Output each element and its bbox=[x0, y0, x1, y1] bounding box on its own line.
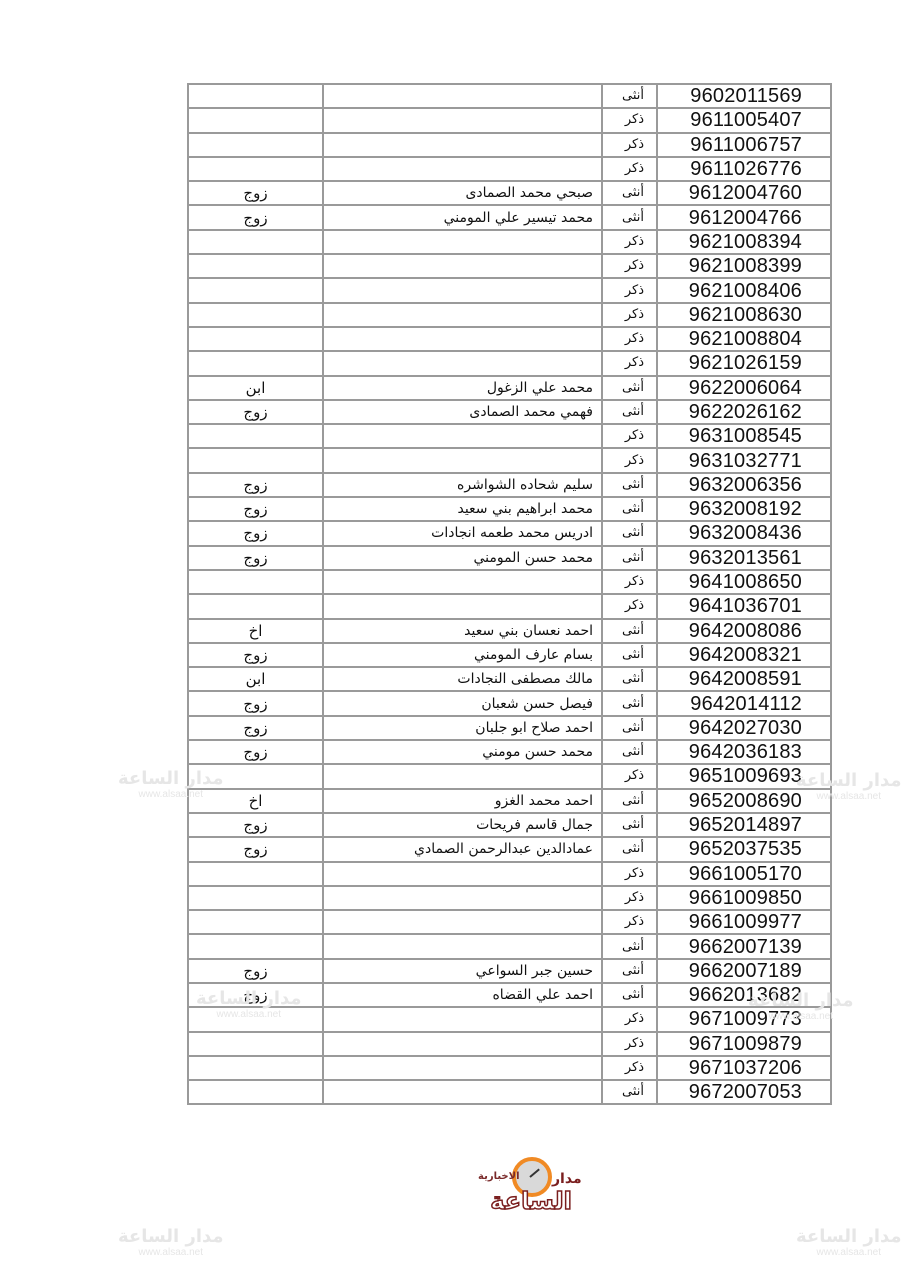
gender-cell: ذكر bbox=[602, 108, 657, 132]
table-row: ذكر9661009977 bbox=[188, 910, 831, 934]
name-cell: حسين جبر السواعي bbox=[323, 959, 602, 983]
table-row: ذكر9641036701 bbox=[188, 594, 831, 618]
gender-cell: ذكر bbox=[602, 133, 657, 157]
gender-cell: ذكر bbox=[602, 862, 657, 886]
table-row: ذكر9611005407 bbox=[188, 108, 831, 132]
id-number-cell: 9621008804 bbox=[657, 327, 831, 351]
relation-cell: زوج bbox=[188, 473, 323, 497]
name-cell: احمد علي القضاه bbox=[323, 983, 602, 1007]
name-cell: مالك مصطفى النجادات bbox=[323, 667, 602, 691]
table-row: زوجفيصل حسن شعبانأنثى9642014112 bbox=[188, 691, 831, 715]
gender-cell: ذكر bbox=[602, 594, 657, 618]
id-number-cell: 9661009977 bbox=[657, 910, 831, 934]
gender-cell: أنثى bbox=[602, 521, 657, 545]
table-row: ذكر9621008399 bbox=[188, 254, 831, 278]
table-row: اخاحمد محمد الغزوأنثى9652008690 bbox=[188, 789, 831, 813]
relation-cell bbox=[188, 594, 323, 618]
relation-cell bbox=[188, 1007, 323, 1031]
id-number-cell: 9621008630 bbox=[657, 303, 831, 327]
relation-cell bbox=[188, 448, 323, 472]
gender-cell: أنثى bbox=[602, 84, 657, 108]
id-number-cell: 9611005407 bbox=[657, 108, 831, 132]
table-row: زوجمحمد تيسير علي المومنيأنثى9612004766 bbox=[188, 205, 831, 229]
table-row: ذكر9651009693 bbox=[188, 764, 831, 788]
gender-cell: أنثى bbox=[602, 691, 657, 715]
table-row: أنثى9602011569 bbox=[188, 84, 831, 108]
relation-cell: زوج bbox=[188, 643, 323, 667]
relation-cell bbox=[188, 910, 323, 934]
name-cell: فيصل حسن شعبان bbox=[323, 691, 602, 715]
relation-cell: زوج bbox=[188, 521, 323, 545]
roster-body: أنثى9602011569ذكر9611005407ذكر9611006757… bbox=[188, 84, 831, 1104]
name-cell bbox=[323, 764, 602, 788]
id-number-cell: 9642008591 bbox=[657, 667, 831, 691]
relation-cell: زوج bbox=[188, 983, 323, 1007]
name-cell bbox=[323, 133, 602, 157]
name-cell: سليم شحاده الشواشره bbox=[323, 473, 602, 497]
id-number-cell: 9662007139 bbox=[657, 934, 831, 958]
name-cell bbox=[323, 910, 602, 934]
id-number-cell: 9652037535 bbox=[657, 837, 831, 861]
relation-cell bbox=[188, 327, 323, 351]
name-cell: عمادالدين عبدالرحمن الصمادي bbox=[323, 837, 602, 861]
id-number-cell: 9632006356 bbox=[657, 473, 831, 497]
table-row: ذكر9631032771 bbox=[188, 448, 831, 472]
gender-cell: ذكر bbox=[602, 327, 657, 351]
id-number-cell: 9642027030 bbox=[657, 716, 831, 740]
table-row: ذكر9671009773 bbox=[188, 1007, 831, 1031]
id-number-cell: 9631032771 bbox=[657, 448, 831, 472]
watermark-right-bottom: مدار الساعة www.alsaa.net bbox=[796, 1228, 902, 1258]
relation-cell: زوج bbox=[188, 205, 323, 229]
id-number-cell: 9621008394 bbox=[657, 230, 831, 254]
name-cell: جمال قاسم فريحات bbox=[323, 813, 602, 837]
gender-cell: أنثى bbox=[602, 959, 657, 983]
id-number-cell: 9662013682 bbox=[657, 983, 831, 1007]
id-number-cell: 9611026776 bbox=[657, 157, 831, 181]
gender-cell: أنثى bbox=[602, 740, 657, 764]
name-cell bbox=[323, 157, 602, 181]
id-number-cell: 9672007053 bbox=[657, 1080, 831, 1104]
table-row: زوجاحمد صلاح ابو جلبانأنثى9642027030 bbox=[188, 716, 831, 740]
id-number-cell: 9642014112 bbox=[657, 691, 831, 715]
name-cell: احمد محمد الغزو bbox=[323, 789, 602, 813]
name-cell bbox=[323, 862, 602, 886]
relation-cell: اخ bbox=[188, 619, 323, 643]
gender-cell: أنثى bbox=[602, 813, 657, 837]
gender-cell: ذكر bbox=[602, 254, 657, 278]
id-number-cell: 9662007189 bbox=[657, 959, 831, 983]
name-cell bbox=[323, 448, 602, 472]
relation-cell: زوج bbox=[188, 546, 323, 570]
table-row: ذكر9621008630 bbox=[188, 303, 831, 327]
id-number-cell: 9612004760 bbox=[657, 181, 831, 205]
name-cell bbox=[323, 278, 602, 302]
relation-cell bbox=[188, 230, 323, 254]
id-number-cell: 9642008321 bbox=[657, 643, 831, 667]
relation-cell bbox=[188, 1032, 323, 1056]
id-number-cell: 9622006064 bbox=[657, 376, 831, 400]
table-row: ذكر9671009879 bbox=[188, 1032, 831, 1056]
gender-cell: ذكر bbox=[602, 910, 657, 934]
name-cell bbox=[323, 1007, 602, 1031]
name-cell: محمد حسن مومني bbox=[323, 740, 602, 764]
id-number-cell: 9632008436 bbox=[657, 521, 831, 545]
name-cell: صبحي محمد الصمادى bbox=[323, 181, 602, 205]
table-row: ذكر9611026776 bbox=[188, 157, 831, 181]
name-cell: محمد حسن المومني bbox=[323, 546, 602, 570]
table-row: زوجعمادالدين عبدالرحمن الصماديأنثى965203… bbox=[188, 837, 831, 861]
relation-cell: زوج bbox=[188, 181, 323, 205]
gender-cell: ذكر bbox=[602, 1056, 657, 1080]
relation-cell bbox=[188, 351, 323, 375]
id-number-cell: 9622026162 bbox=[657, 400, 831, 424]
name-cell bbox=[323, 1056, 602, 1080]
gender-cell: أنثى bbox=[602, 400, 657, 424]
gender-cell: أنثى bbox=[602, 205, 657, 229]
gender-cell: ذكر bbox=[602, 230, 657, 254]
table-row: ذكر9621008804 bbox=[188, 327, 831, 351]
table-row: زوجمحمد ابراهيم بني سعيدأنثى9632008192 bbox=[188, 497, 831, 521]
name-cell: احمد صلاح ابو جلبان bbox=[323, 716, 602, 740]
watermark-left-bottom: مدار الساعة www.alsaa.net bbox=[118, 1228, 224, 1258]
table-row: ابنمحمد علي الزغولأنثى9622006064 bbox=[188, 376, 831, 400]
name-cell: محمد تيسير علي المومني bbox=[323, 205, 602, 229]
id-number-cell: 9641036701 bbox=[657, 594, 831, 618]
id-number-cell: 9671009773 bbox=[657, 1007, 831, 1031]
gender-cell: أنثى bbox=[602, 837, 657, 861]
relation-cell: ابن bbox=[188, 376, 323, 400]
name-cell: فهمي محمد الصمادى bbox=[323, 400, 602, 424]
relation-cell bbox=[188, 133, 323, 157]
table-row: زوججمال قاسم فريحاتأنثى9652014897 bbox=[188, 813, 831, 837]
relation-cell bbox=[188, 84, 323, 108]
relation-cell: اخ bbox=[188, 789, 323, 813]
relation-cell bbox=[188, 424, 323, 448]
name-cell: محمد ابراهيم بني سعيد bbox=[323, 497, 602, 521]
id-number-cell: 9642008086 bbox=[657, 619, 831, 643]
table-row: زوجحسين جبر السواعيأنثى9662007189 bbox=[188, 959, 831, 983]
table-row: زوجاحمد علي القضاهأنثى9662013682 bbox=[188, 983, 831, 1007]
name-cell bbox=[323, 303, 602, 327]
id-number-cell: 9671037206 bbox=[657, 1056, 831, 1080]
gender-cell: ذكر bbox=[602, 303, 657, 327]
name-cell bbox=[323, 424, 602, 448]
document-page: أنثى9602011569ذكر9611005407ذكر9611006757… bbox=[0, 0, 904, 1280]
name-cell: محمد علي الزغول bbox=[323, 376, 602, 400]
gender-cell: ذكر bbox=[602, 157, 657, 181]
relation-cell: زوج bbox=[188, 959, 323, 983]
name-cell bbox=[323, 254, 602, 278]
gender-cell: أنثى bbox=[602, 376, 657, 400]
relation-cell bbox=[188, 934, 323, 958]
table-row: زوجفهمي محمد الصمادىأنثى9622026162 bbox=[188, 400, 831, 424]
relation-cell bbox=[188, 157, 323, 181]
relation-cell: ابن bbox=[188, 667, 323, 691]
gender-cell: أنثى bbox=[602, 983, 657, 1007]
id-number-cell: 9661009850 bbox=[657, 886, 831, 910]
relation-cell: زوج bbox=[188, 400, 323, 424]
gender-cell: أنثى bbox=[602, 667, 657, 691]
id-number-cell: 9621026159 bbox=[657, 351, 831, 375]
name-cell bbox=[323, 351, 602, 375]
relation-cell: زوج bbox=[188, 497, 323, 521]
name-cell: ادريس محمد طعمه انجادات bbox=[323, 521, 602, 545]
id-number-cell: 9651009693 bbox=[657, 764, 831, 788]
id-number-cell: 9621008406 bbox=[657, 278, 831, 302]
gender-cell: ذكر bbox=[602, 1032, 657, 1056]
relation-cell: زوج bbox=[188, 837, 323, 861]
table-row: ذكر9621008394 bbox=[188, 230, 831, 254]
name-cell bbox=[323, 1080, 602, 1104]
table-row: ذكر9661005170 bbox=[188, 862, 831, 886]
table-row: زوجادريس محمد طعمه انجاداتأنثى9632008436 bbox=[188, 521, 831, 545]
gender-cell: ذكر bbox=[602, 424, 657, 448]
id-number-cell: 9612004766 bbox=[657, 205, 831, 229]
relation-cell bbox=[188, 303, 323, 327]
table-row: زوجسليم شحاده الشواشرهأنثى9632006356 bbox=[188, 473, 831, 497]
name-cell bbox=[323, 1032, 602, 1056]
gender-cell: ذكر bbox=[602, 278, 657, 302]
name-cell bbox=[323, 886, 602, 910]
id-number-cell: 9652014897 bbox=[657, 813, 831, 837]
id-number-cell: 9621008399 bbox=[657, 254, 831, 278]
relation-cell bbox=[188, 278, 323, 302]
gender-cell: ذكر bbox=[602, 886, 657, 910]
relation-cell: زوج bbox=[188, 716, 323, 740]
relation-cell bbox=[188, 862, 323, 886]
name-cell bbox=[323, 327, 602, 351]
table-row: ذكر9671037206 bbox=[188, 1056, 831, 1080]
gender-cell: أنثى bbox=[602, 181, 657, 205]
name-cell: بسام عارف المومني bbox=[323, 643, 602, 667]
relation-cell: زوج bbox=[188, 740, 323, 764]
gender-cell: ذكر bbox=[602, 448, 657, 472]
name-cell: احمد نعسان بني سعيد bbox=[323, 619, 602, 643]
id-number-cell: 9632008192 bbox=[657, 497, 831, 521]
name-cell bbox=[323, 108, 602, 132]
id-number-cell: 9632013561 bbox=[657, 546, 831, 570]
relation-cell bbox=[188, 886, 323, 910]
relation-cell bbox=[188, 1080, 323, 1104]
table-row: زوجمحمد حسن مومنيأنثى9642036183 bbox=[188, 740, 831, 764]
id-number-cell: 9641008650 bbox=[657, 570, 831, 594]
table-row: ذكر9621008406 bbox=[188, 278, 831, 302]
id-number-cell: 9642036183 bbox=[657, 740, 831, 764]
table-row: ابنمالك مصطفى النجاداتأنثى9642008591 bbox=[188, 667, 831, 691]
id-number-cell: 9602011569 bbox=[657, 84, 831, 108]
name-cell bbox=[323, 570, 602, 594]
id-number-cell: 9611006757 bbox=[657, 133, 831, 157]
table-row: زوجصبحي محمد الصمادىأنثى9612004760 bbox=[188, 181, 831, 205]
table-row: أنثى9662007139 bbox=[188, 934, 831, 958]
name-cell bbox=[323, 84, 602, 108]
relation-cell: زوج bbox=[188, 691, 323, 715]
relation-cell: زوج bbox=[188, 813, 323, 837]
table-row: أنثى9672007053 bbox=[188, 1080, 831, 1104]
gender-cell: أنثى bbox=[602, 1080, 657, 1104]
gender-cell: أنثى bbox=[602, 546, 657, 570]
gender-cell: ذكر bbox=[602, 1007, 657, 1031]
id-number-cell: 9671009879 bbox=[657, 1032, 831, 1056]
name-cell bbox=[323, 230, 602, 254]
name-cell bbox=[323, 934, 602, 958]
table-row: ذكر9621026159 bbox=[188, 351, 831, 375]
gender-cell: ذكر bbox=[602, 570, 657, 594]
id-number-cell: 9631008545 bbox=[657, 424, 831, 448]
table-row: زوجبسام عارف المومنيأنثى9642008321 bbox=[188, 643, 831, 667]
roster-table: أنثى9602011569ذكر9611005407ذكر9611006757… bbox=[187, 83, 832, 1105]
gender-cell: أنثى bbox=[602, 789, 657, 813]
gender-cell: ذكر bbox=[602, 764, 657, 788]
table-row: ذكر9661009850 bbox=[188, 886, 831, 910]
id-number-cell: 9661005170 bbox=[657, 862, 831, 886]
madar-alsaa-logo: الاخبارية مدار الساعة bbox=[472, 1157, 590, 1219]
table-row: اخاحمد نعسان بني سعيدأنثى9642008086 bbox=[188, 619, 831, 643]
relation-cell bbox=[188, 108, 323, 132]
id-number-cell: 9652008690 bbox=[657, 789, 831, 813]
gender-cell: أنثى bbox=[602, 643, 657, 667]
relation-cell bbox=[188, 570, 323, 594]
table-row: ذكر9641008650 bbox=[188, 570, 831, 594]
relation-cell bbox=[188, 254, 323, 278]
relation-cell bbox=[188, 1056, 323, 1080]
gender-cell: أنثى bbox=[602, 473, 657, 497]
table-row: زوجمحمد حسن المومنيأنثى9632013561 bbox=[188, 546, 831, 570]
relation-cell bbox=[188, 764, 323, 788]
gender-cell: أنثى bbox=[602, 619, 657, 643]
gender-cell: أنثى bbox=[602, 497, 657, 521]
gender-cell: أنثى bbox=[602, 716, 657, 740]
name-cell bbox=[323, 594, 602, 618]
gender-cell: أنثى bbox=[602, 934, 657, 958]
gender-cell: ذكر bbox=[602, 351, 657, 375]
table-row: ذكر9611006757 bbox=[188, 133, 831, 157]
table-row: ذكر9631008545 bbox=[188, 424, 831, 448]
